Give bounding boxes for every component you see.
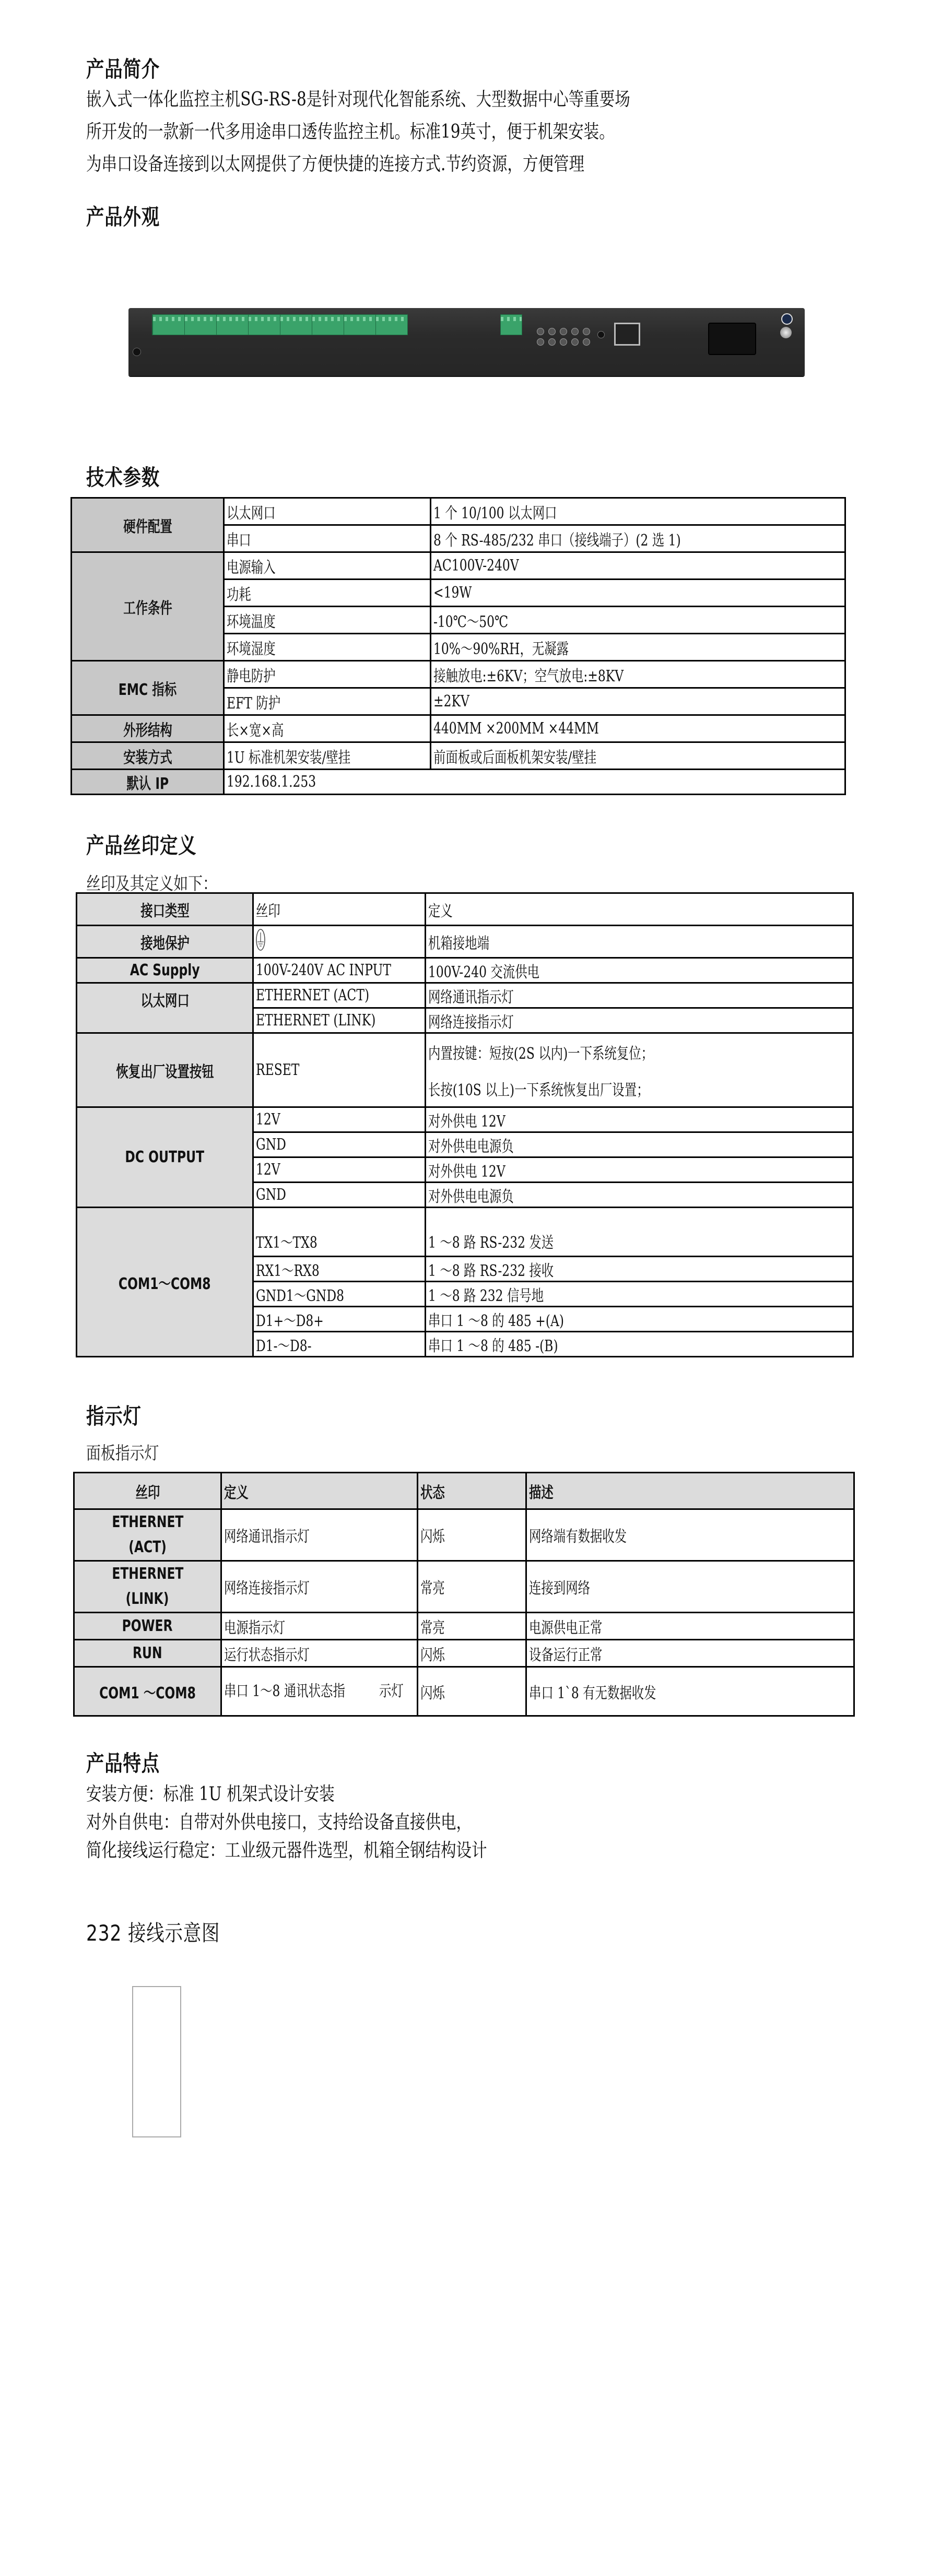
led-state: 闪烁 (418, 1667, 526, 1716)
silk-header-def: 定义 (426, 893, 853, 926)
led-icon (560, 338, 567, 346)
silk-def-ac: 100V-240 交流供电 (426, 958, 853, 983)
silk-table: 接口类型 丝印 定义 接地保护 机箱接地端 AC Supply 100V-240… (76, 892, 854, 1357)
spec-value: 10%～90%RH，无凝露 (431, 634, 845, 661)
device-rear-panel-image (128, 308, 805, 376)
group-hardware: 硬件配置 (72, 498, 224, 552)
leds-header-def: 定义 (221, 1473, 418, 1509)
silk-type-ac: AC Supply (77, 958, 253, 983)
wiring232-title: 232 接线示意图 (86, 1916, 220, 1947)
led-desc: 连接到网络 (526, 1561, 854, 1613)
led-icon (560, 328, 567, 335)
spec-value: AC100V-240V (431, 552, 845, 580)
silk-mark-com: D1+～D8+ (253, 1307, 426, 1332)
features-title: 产品特点 (86, 1746, 160, 1778)
intro-line: 嵌入式一体化监控主机SG-RS-8是针对现代化智能系统、大型数据中心等重要场 (86, 84, 630, 116)
mount-screw-icon (133, 348, 141, 356)
spec-item: 静电防护 (224, 661, 431, 688)
silk-def-com: 串口 1 ～8 的 485 -(B) (426, 1332, 853, 1357)
silk-mark-com: GND1～GND8 (253, 1282, 426, 1307)
silk-def-com: 1 ～8 路 RS-232 发送 (426, 1208, 853, 1257)
silk-type-ethernet: 以太网口 (77, 983, 253, 1033)
led-state: 闪烁 (418, 1640, 526, 1667)
silk-header-mark: 丝印 (253, 893, 426, 926)
led-mark-eth-act: ETHERNET(ACT) (74, 1509, 221, 1561)
ethernet-port (614, 323, 640, 346)
silk-title: 产品丝印定义 (86, 829, 197, 860)
led-def: 串口 1～8 通讯状态指示灯 (221, 1667, 418, 1716)
spec-value: -10℃～50℃ (431, 607, 845, 634)
intro-line: 所开发的一款新一代多用途串口透传监控主机。标准19英寸，便于机架安装。 (86, 116, 630, 148)
leds-title: 指示灯 (86, 1399, 142, 1431)
silk-def-eth-link: 网络连接指示灯 (426, 1008, 853, 1033)
spec-value: 前面板或后面板机架安装/壁挂 (431, 742, 845, 770)
silk-def-dc: 对外供电 12V (426, 1107, 853, 1132)
silk-mark-ac: 100V-240V AC INPUT (253, 958, 426, 983)
terminal-block (312, 314, 344, 335)
silk-def-ground: 机箱接地端 (426, 926, 853, 958)
silk-mark-reset: RESET (253, 1033, 426, 1107)
led-state: 常亮 (418, 1613, 526, 1640)
leds-header-state: 状态 (418, 1473, 526, 1509)
led-icon (537, 338, 544, 346)
leds-header-desc: 描述 (526, 1473, 854, 1509)
ground-screw-icon (780, 327, 792, 338)
led-icon (537, 328, 544, 335)
spec-value: 1 个 10/100 以太网口 (431, 498, 845, 525)
intro-title: 产品简介 (86, 52, 160, 84)
silk-mark-dc: GND (253, 1183, 426, 1208)
silk-header-type: 接口类型 (77, 893, 253, 926)
spec-value: 440MM ×200MM ×44MM (431, 715, 845, 742)
led-mark-power: POWER (74, 1613, 221, 1640)
silk-mark-com: TX1～TX8 (253, 1208, 426, 1257)
spec-item: 1U 标准机架安装/壁挂 (224, 742, 431, 770)
spec-value: 接触放电:±6KV；空气放电:±8KV (431, 661, 845, 688)
group-working-conditions: 工作条件 (72, 552, 224, 661)
reset-button-hole (597, 331, 605, 338)
feature-line: 安装方便：标准 1U 机架式设计安装 (86, 1780, 487, 1809)
silk-def-com: 串口 1 ～8 的 485 +(A) (426, 1307, 853, 1332)
host-232-box-frame (132, 1986, 181, 2137)
leds-table: 丝印 定义 状态 描述 ETHERNET(ACT) 网络通讯指示灯 闪烁 网络端… (73, 1472, 855, 1717)
silk-def-com: 1 ～8 路 RS-232 接收 (426, 1257, 853, 1282)
ac-input-socket (708, 323, 756, 355)
led-def: 网络连接指示灯 (221, 1561, 418, 1613)
features-list: 安装方便：标准 1U 机架式设计安装 对外自供电：自带对外供电接口，支持给设备直… (86, 1780, 487, 1865)
terminal-block (216, 314, 249, 335)
led-def: 网络通讯指示灯 (221, 1509, 418, 1561)
led-desc: 网络端有数据收发 (526, 1509, 854, 1561)
led-icon (571, 328, 579, 335)
dc-output-terminal (500, 314, 522, 335)
silk-mark-dc: 12V (253, 1107, 426, 1132)
silk-mark-dc: GND (253, 1132, 426, 1157)
led-icon (548, 338, 556, 346)
spec-item: 以太网口 (224, 498, 431, 525)
silk-def-reset: 内置按键：短按(2S 以内)一下系统复位； 长按(10S 以上)一下系统恢复出厂… (426, 1033, 853, 1107)
silk-def-dc: 对外供电 12V (426, 1157, 853, 1183)
spec-item: 环境温度 (224, 607, 431, 634)
spec-value: <19W (431, 580, 845, 607)
terminal-block (152, 314, 185, 335)
group-emc: EMC 指标 (72, 661, 224, 715)
led-icon (583, 338, 590, 346)
ground-symbol-icon (256, 928, 265, 951)
silk-mark-dc: 12V (253, 1157, 426, 1183)
terminal-block (375, 314, 408, 335)
silk-type-dc-output: DC OUTPUT (77, 1107, 253, 1208)
led-state: 常亮 (418, 1561, 526, 1613)
feature-line: 简化接线运行稳定：工业级元器件选型，机箱全钢结构设计 (86, 1837, 487, 1865)
spec-item: EFT 防护 (224, 688, 431, 715)
spec-item: 环境湿度 (224, 634, 431, 661)
silk-def-dc: 对外供电电源负 (426, 1132, 853, 1157)
group-dimensions: 外形结构 (72, 715, 224, 742)
spec-item: 电源输入 (224, 552, 431, 580)
intro-line: 为串口设备连接到以太网提供了方便快捷的连接方式.节约资源，方便管理 (86, 148, 630, 181)
silk-mark-eth-act: ETHERNET (ACT) (253, 983, 426, 1008)
silk-def-eth-act: 网络通讯指示灯 (426, 983, 853, 1008)
default-ip-value: 192.168.1.253 (224, 770, 845, 795)
appearance-title: 产品外观 (86, 200, 160, 231)
led-desc: 设备运行正常 (526, 1640, 854, 1667)
silk-mark-com: D1-～D8- (253, 1332, 426, 1357)
spec-value: 8 个 RS-485/232 串口（接线端子）(2 选 1) (431, 525, 845, 552)
led-state: 闪烁 (418, 1509, 526, 1561)
leds-header-mark: 丝印 (74, 1473, 221, 1509)
silk-type-ground: 接地保护 (77, 926, 253, 958)
leds-subtitle: 面板指示灯 (86, 1439, 159, 1464)
silk-def-com: 1 ～8 路 232 信号地 (426, 1282, 853, 1307)
led-icon (571, 338, 579, 346)
feature-line: 对外自供电：自带对外供电接口，支持给设备直接供电， (86, 1809, 487, 1837)
spec-item: 功耗 (224, 580, 431, 607)
led-desc: 电源供电正常 (526, 1613, 854, 1640)
spec-item: 长×宽×高 (224, 715, 431, 742)
led-mark-run: RUN (74, 1640, 221, 1667)
silk-def-dc: 对外供电电源负 (426, 1183, 853, 1208)
tech-spec-table: 硬件配置 以太网口 1 个 10/100 以太网口 串口 8 个 RS-485/… (70, 497, 846, 795)
spec-value: ±2KV (431, 688, 845, 715)
silk-type-reset: 恢复出厂设置按钮 (77, 1033, 253, 1107)
led-mark-com: COM1 ～COM8 (74, 1667, 221, 1716)
spec-item: 串口 (224, 525, 431, 552)
silk-subtitle: 丝印及其定义如下： (86, 869, 217, 895)
silk-type-com: COM1～COM8 (77, 1208, 253, 1357)
led-mark-eth-link: ETHERNET(LINK) (74, 1561, 221, 1613)
silk-mark-com: RX1～RX8 (253, 1257, 426, 1282)
tech-title: 技术参数 (86, 460, 160, 492)
led-icon (583, 328, 590, 335)
intro-paragraph: 嵌入式一体化监控主机SG-RS-8是针对现代化智能系统、大型数据中心等重要场 所… (86, 84, 630, 181)
ground-icon (781, 313, 793, 325)
silk-mark-eth-link: ETHERNET (LINK) (253, 1008, 426, 1033)
terminal-block (184, 314, 217, 335)
led-icon (548, 328, 556, 335)
led-def: 运行状态指示灯 (221, 1640, 418, 1667)
terminal-block (280, 314, 312, 335)
led-def: 电源指示灯 (221, 1613, 418, 1640)
group-default-ip: 默认 IP (72, 770, 224, 795)
silk-mark-ground (253, 926, 426, 958)
led-desc: 串口 1`8 有无数据收发 (526, 1667, 854, 1716)
group-installation: 安装方式 (72, 742, 224, 770)
terminal-block (344, 314, 376, 335)
terminal-block (248, 314, 280, 335)
